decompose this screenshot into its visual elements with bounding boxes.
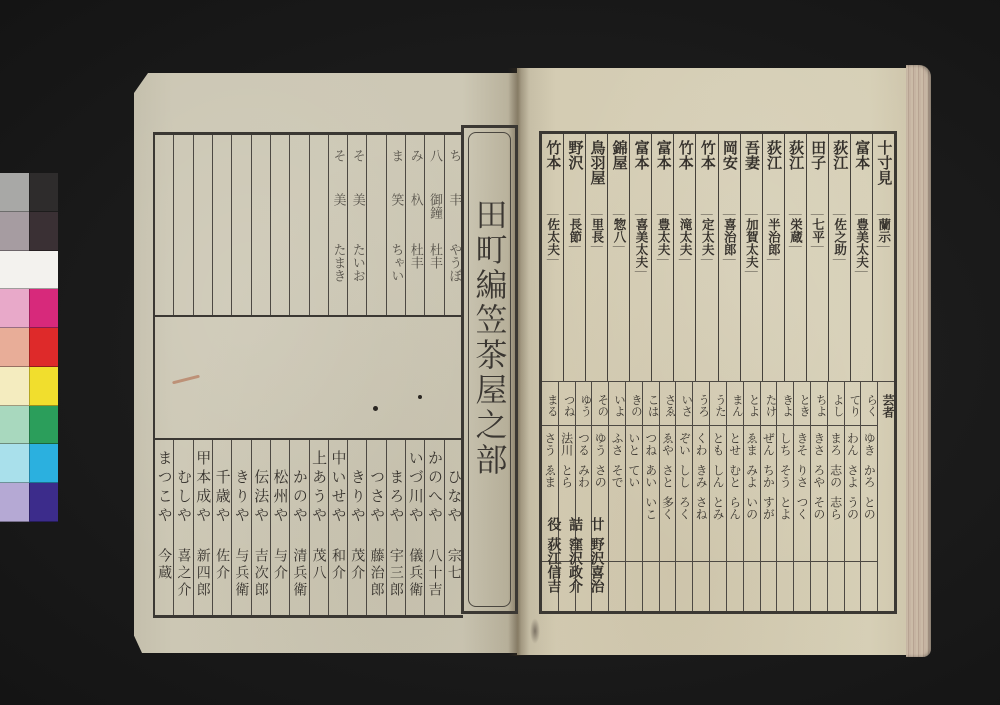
column-tail: たいお — [351, 243, 364, 282]
geisha-header: 芸者 — [878, 382, 894, 426]
musician-entry: 吾妻加賀太夫 — [740, 134, 762, 381]
school-name: 野沢 — [567, 140, 583, 170]
left-upper-register: ち丰やうぼ 八御鐘杜丰 み杁杜丰 ま笑ちゃい そ美たいお そ美たまき — [155, 135, 463, 317]
school-name: 竹本 — [677, 140, 693, 170]
column-head: 八 — [428, 149, 441, 162]
teahouse-name: ひなや — [446, 446, 461, 526]
empty-cell — [811, 562, 827, 611]
teahouse-entry: 千歳や佐介 — [212, 440, 231, 615]
footer-note: 詰窪沢政介 — [566, 517, 585, 609]
geisha-column: らくゆきかろとの — [860, 382, 877, 611]
swatch-indigo — [29, 483, 59, 522]
geisha-names: まろ志の志ら — [828, 426, 844, 562]
geisha-name: ぜん — [762, 432, 774, 456]
teahouse-name: いづ川や — [408, 446, 423, 526]
upper-column: 八御鐘杜丰 — [424, 135, 443, 315]
musician-entry: 荻江佐之助 — [828, 134, 850, 381]
performer-name: 栄蔵 — [789, 214, 802, 247]
geisha-column-head: つね — [559, 382, 575, 426]
geisha-names: ゆきかろとの — [861, 426, 877, 562]
proprietor-name: 与兵衛 — [234, 548, 248, 599]
geisha-name: むと — [729, 464, 741, 488]
empty-cell — [861, 562, 877, 611]
empty-cell — [609, 562, 625, 611]
geisha-column-head: その — [592, 382, 608, 426]
geisha-name: すが — [762, 496, 774, 520]
school-name: 荻江 — [831, 140, 847, 170]
geisha-column-head: まる — [542, 382, 558, 426]
teahouse-entry: かのや清兵衛 — [289, 440, 308, 615]
geisha-name: さよ — [846, 464, 858, 488]
geisha-name: ちか — [762, 464, 774, 488]
geisha-name: みよ — [746, 464, 758, 488]
swatch-cream — [0, 367, 29, 406]
swatch-dark-gray — [29, 173, 59, 212]
school-name: 十寸見 — [876, 140, 892, 185]
ink-stain — [530, 618, 540, 644]
column-mid: 美 — [331, 193, 344, 206]
empty-cell — [727, 562, 743, 611]
upper-column: ま笑ちゃい — [386, 135, 405, 315]
geisha-names: つねあいいこ — [643, 426, 659, 562]
musician-entry: 富本豊太夫 — [651, 134, 673, 381]
geisha-name: かろ — [863, 464, 875, 488]
swatch-lavender — [0, 483, 29, 522]
school-name: 荻江 — [787, 140, 803, 170]
geisha-name: さの — [594, 464, 606, 488]
geisha-names: ゑまみよいの — [744, 426, 760, 562]
chart-row — [0, 289, 58, 328]
school-name: 吾妻 — [743, 140, 759, 170]
chart-row — [0, 251, 58, 290]
geisha-name: ゑま — [746, 432, 758, 456]
geisha-column: てりわんさようの — [844, 382, 861, 611]
empty-cell — [643, 562, 659, 611]
geisha-name: くわ — [695, 432, 707, 456]
geisha-name: ぞい — [678, 432, 690, 456]
musician-entry: 富本豊美太夫 — [850, 134, 872, 381]
chart-row — [0, 367, 58, 406]
chart-row — [0, 328, 58, 367]
geisha-name: いと — [628, 432, 640, 456]
swatch-light-cyan — [0, 444, 29, 483]
column-mid: 美 — [351, 193, 364, 206]
geisha-name: しし — [678, 464, 690, 488]
musician-entry: 荻江半治郎 — [762, 134, 784, 381]
geisha-names: ゑやさと多く — [660, 426, 676, 562]
proprietor-name: 茂八 — [312, 548, 326, 582]
worm-hole — [373, 406, 378, 411]
teahouse-name: かのへや — [427, 446, 442, 526]
empty-cell — [626, 562, 642, 611]
geisha-column: きのいとてい — [625, 382, 642, 611]
empty-column — [193, 135, 212, 315]
teahouse-name: 伝法や — [253, 446, 268, 526]
geisha-name: つる — [577, 432, 589, 456]
worm-hole — [418, 395, 422, 399]
geisha-column-head: うた — [710, 382, 726, 426]
geisha-name: 多く — [662, 496, 674, 520]
teahouse-name: 上あうや — [311, 446, 326, 526]
geisha-name: そで — [611, 464, 623, 488]
school-name: 富本 — [633, 140, 649, 170]
geisha-name: いの — [746, 496, 758, 520]
geisha-name: しん — [712, 464, 724, 488]
teahouse-name: 千歳や — [215, 446, 230, 526]
geisha-names: ぜんちかすが — [761, 426, 777, 562]
proprietor-name: 宇三郎 — [389, 548, 403, 599]
teahouse-entry: きりや与兵衛 — [231, 440, 250, 615]
geisha-name: いこ — [645, 496, 657, 520]
column-tail: ちゃい — [389, 243, 402, 282]
empty-column — [289, 135, 308, 315]
geisha-column: うたともしんとみ — [709, 382, 726, 611]
geisha-name: そう — [779, 464, 791, 488]
geisha-column-head: てり — [845, 382, 861, 426]
teahouse-name: 松州や — [273, 446, 288, 526]
geisha-name: りさ — [796, 464, 808, 488]
register-footer-notes: 廿野沢喜治 詰窪沢政介 役荻江信吉 — [544, 517, 606, 609]
geisha-column: とよゑまみよいの — [743, 382, 760, 611]
swatch-red — [29, 328, 59, 367]
geisha-name: まろ — [830, 432, 842, 456]
column-head: ま — [389, 149, 402, 162]
teahouse-entry: 甲本成や新四郎 — [193, 440, 212, 615]
proprietor-name: 藤治郎 — [370, 548, 384, 599]
geisha-column-head: うろ — [693, 382, 709, 426]
school-name: 富本 — [854, 140, 870, 170]
teahouse-entry: つさや藤治郎 — [366, 440, 385, 615]
swatch-cyan — [29, 444, 59, 483]
geisha-names: しちそうとよ — [777, 426, 793, 562]
empty-cell — [660, 562, 676, 611]
swatch-mint — [0, 406, 29, 445]
column-mid: 杁 — [409, 193, 422, 206]
geisha-name: ふさ — [611, 432, 623, 456]
teahouse-entry: むしや喜之介 — [173, 440, 192, 615]
chart-row — [0, 406, 58, 445]
performer-name: 滝太夫 — [679, 214, 692, 260]
section-title: 田町編笠茶屋之部 — [474, 198, 506, 478]
performer-name: 佐之助 — [833, 214, 846, 260]
proprietor-name: 与介 — [273, 548, 287, 582]
teahouse-entry: きりや茂介 — [347, 440, 366, 615]
upper-column: そ美たいお — [347, 135, 366, 315]
empty-cell — [744, 562, 760, 611]
column-tail: 杜丰 — [409, 243, 422, 269]
geisha-name: 志ら — [830, 496, 842, 520]
performer-name: 豊太夫 — [657, 214, 670, 260]
swatch-salmon — [0, 328, 29, 367]
empty-column — [309, 135, 328, 315]
swatch-green — [29, 406, 59, 445]
geisha-name: らん — [729, 496, 741, 520]
geisha-column-head: さゑ — [660, 382, 676, 426]
column-tail: たまき — [331, 243, 344, 282]
empty-cell — [693, 562, 709, 611]
column-mid: 丰 — [447, 193, 460, 206]
geisha-column: ちよきさろやその — [810, 382, 827, 611]
footer-note: 廿野沢喜治 — [587, 517, 606, 609]
swatch-light-gray — [0, 173, 29, 212]
geisha-name: ろく — [678, 496, 690, 520]
teahouse-name: きりや — [350, 446, 365, 526]
geisha-name: とせ — [729, 432, 741, 456]
performer-name: 豊美太夫 — [855, 214, 868, 272]
geisha-name: とも — [712, 432, 724, 456]
geisha-names: とせむとらん — [727, 426, 743, 562]
column-mid: 笑 — [389, 193, 402, 206]
geisha-name: きさ — [813, 432, 825, 456]
geisha-name: てい — [628, 464, 640, 488]
school-name: 岡安 — [721, 140, 737, 170]
geisha-column-head: とよ — [744, 382, 760, 426]
proprietor-name: 儀兵衛 — [408, 548, 422, 599]
swatch-light-pink — [0, 289, 29, 328]
empty-column — [173, 135, 192, 315]
empty-cell — [761, 562, 777, 611]
chart-row — [0, 444, 58, 483]
right-page-frame: 十寸見蘭示 富本豊美太夫 荻江佐之助 田子七平 荻江栄蔵 荻江半治郎 吾妻加賀太… — [539, 131, 897, 614]
school-name: 田子 — [809, 140, 825, 170]
chart-row — [0, 483, 58, 522]
geisha-name: きそ — [796, 432, 808, 456]
geisha-names: わんさようの — [845, 426, 861, 562]
geisha-name: ゑや — [662, 432, 674, 456]
geisha-name: きみ — [695, 464, 707, 488]
teahouse-name: まろや — [388, 446, 403, 526]
performer-name: 喜治郎 — [723, 214, 736, 260]
school-name: 錦屋 — [611, 140, 627, 170]
geisha-name: 法川 — [561, 432, 573, 456]
geisha-names: いとてい — [626, 426, 642, 562]
empty-cell — [845, 562, 861, 611]
teahouse-entry: 伝法や吉次郎 — [251, 440, 270, 615]
geisha-name: とら — [561, 464, 573, 488]
musician-entry: 錦屋惣八 — [607, 134, 629, 381]
performer-name: 定太夫 — [701, 214, 714, 260]
musician-entry: 荻江栄蔵 — [784, 134, 806, 381]
geisha-column: いさぞいししろく — [675, 382, 692, 611]
proprietor-name: 喜之介 — [176, 548, 190, 599]
geisha-header-column: 芸者 — [877, 382, 894, 611]
geisha-column: たけぜんちかすが — [760, 382, 777, 611]
swatch-yellow — [29, 367, 59, 406]
geisha-name: その — [813, 496, 825, 520]
empty-column — [212, 135, 231, 315]
column-head: そ — [331, 149, 344, 162]
geisha-column-head: いさ — [676, 382, 692, 426]
proprietor-name: 今蔵 — [157, 548, 171, 582]
geisha-name: さね — [695, 496, 707, 520]
chart-row — [0, 212, 58, 251]
upper-column: み杁杜丰 — [405, 135, 424, 315]
geisha-column-head: こは — [643, 382, 659, 426]
teahouse-entry: 松州や与介 — [270, 440, 289, 615]
geisha-name: さと — [662, 464, 674, 488]
teahouse-entry: かのへや八十吉 — [424, 440, 443, 615]
musician-entry: 竹本定太夫 — [695, 134, 717, 381]
proprietor-name: 吉次郎 — [254, 548, 268, 599]
geisha-names: ふさそで — [609, 426, 625, 562]
teahouse-name: きりや — [234, 446, 249, 526]
geisha-name: ろや — [813, 464, 825, 488]
geisha-name: あい — [645, 464, 657, 488]
geisha-name: ゆう — [594, 432, 606, 456]
column-mid: 御鐘 — [428, 193, 441, 219]
geisha-column-head: たけ — [761, 382, 777, 426]
proprietor-name: 佐介 — [215, 548, 229, 582]
empty-cell — [676, 562, 692, 611]
geisha-column-head: いよ — [609, 382, 625, 426]
empty-cell — [777, 562, 793, 611]
chart-row — [0, 173, 58, 212]
geisha-column-head: ちよ — [811, 382, 827, 426]
musician-entry: 野沢長節 — [563, 134, 585, 381]
column-head: そ — [351, 149, 364, 162]
title-cartouche: 田町編笠茶屋之部 — [461, 125, 518, 614]
school-name: 竹本 — [545, 140, 561, 170]
geisha-column: こはつねあいいこ — [642, 382, 659, 611]
musicians-register: 十寸見蘭示 富本豊美太夫 荻江佐之助 田子七平 荻江栄蔵 荻江半治郎 吾妻加賀太… — [542, 134, 894, 381]
teahouse-register: ひなや宗七 かのへや八十吉 いづ川や儀兵衛 まろや宇三郎 つさや藤治郎 きりや茂… — [155, 438, 463, 615]
column-tail: 杜丰 — [428, 243, 441, 269]
geisha-names: きさろやその — [811, 426, 827, 562]
swatch-white — [0, 251, 29, 290]
proprietor-name: 新四郎 — [196, 548, 210, 599]
geisha-column-head: ゆう — [576, 382, 592, 426]
geisha-name: さう — [544, 432, 556, 456]
teahouse-entry: いづ川や儀兵衛 — [405, 440, 424, 615]
performer-name: 七平 — [811, 214, 824, 247]
performer-name: 惣八 — [612, 214, 625, 247]
performer-name: 加賀太夫 — [745, 214, 758, 272]
geisha-column-head: きよ — [777, 382, 793, 426]
teahouse-name: 甲本成や — [195, 446, 210, 526]
empty-column — [231, 135, 250, 315]
empty-cell — [710, 562, 726, 611]
school-name: 荻江 — [765, 140, 781, 170]
geisha-column: きよしちそうとよ — [776, 382, 793, 611]
geisha-column-head: きの — [626, 382, 642, 426]
teahouse-name: 中いせや — [330, 446, 345, 526]
teahouse-name: かのや — [292, 446, 307, 526]
musician-entry: 岡安喜治郎 — [718, 134, 740, 381]
musician-entry: 鳥羽屋里長 — [585, 134, 607, 381]
teahouse-entry: まつこや今蔵 — [155, 440, 173, 615]
geisha-column-head: よし — [828, 382, 844, 426]
geisha-name: みわ — [577, 464, 589, 488]
empty-column — [366, 135, 385, 315]
geisha-name: わん — [846, 432, 858, 456]
proprietor-name: 清兵衛 — [292, 548, 306, 599]
column-head: ち — [447, 149, 460, 162]
empty-column — [155, 135, 173, 315]
musician-entry: 富本喜美太夫 — [629, 134, 651, 381]
footer-note: 役荻江信吉 — [544, 517, 563, 609]
geisha-name: とよ — [779, 496, 791, 520]
teahouse-entry: 上あうや茂八 — [309, 440, 328, 615]
musician-entry: 竹本佐太夫 — [542, 134, 563, 381]
empty-column — [251, 135, 270, 315]
school-name: 富本 — [655, 140, 671, 170]
swatch-white — [29, 251, 58, 290]
performer-name: 里長 — [590, 214, 603, 247]
musician-entry: 竹本滝太夫 — [673, 134, 695, 381]
empty-cell — [794, 562, 810, 611]
teahouse-entry: まろや宇三郎 — [386, 440, 405, 615]
note-name: 荻江信吉 — [547, 537, 561, 593]
geisha-column: まんとせむとらん — [726, 382, 743, 611]
geisha-name: うの — [846, 496, 858, 520]
geisha-name: とみ — [712, 496, 724, 520]
note-role: 役 — [547, 517, 561, 531]
empty-column — [270, 135, 289, 315]
performer-name: 喜美太夫 — [635, 214, 648, 272]
column-head: み — [409, 149, 422, 162]
geisha-names: ぞいししろく — [676, 426, 692, 562]
school-name: 鳥羽屋 — [589, 140, 605, 185]
geisha-column: よしまろ志の志ら — [827, 382, 844, 611]
proprietor-name: 和介 — [331, 548, 345, 582]
proprietor-name: 宗七 — [447, 548, 461, 582]
performer-name: 長節 — [568, 214, 581, 247]
performer-name: 蘭示 — [877, 214, 890, 247]
geisha-name: しち — [779, 432, 791, 456]
upper-column: そ美たまき — [328, 135, 347, 315]
geisha-name: つく — [796, 496, 808, 520]
geisha-column: とききそりさつく — [793, 382, 810, 611]
color-calibration-chart — [0, 173, 58, 522]
school-name: 竹本 — [699, 140, 715, 170]
note-name: 野沢喜治 — [590, 537, 604, 593]
performer-name: 佐太夫 — [546, 214, 559, 260]
geisha-name: つね — [645, 432, 657, 456]
musician-entry: 十寸見蘭示 — [872, 134, 894, 381]
teahouse-name: むしや — [176, 446, 191, 526]
teahouse-name: つさや — [369, 446, 384, 526]
page-stack-edge — [906, 65, 931, 657]
geisha-names: くわきみさね — [693, 426, 709, 562]
note-role: 廿 — [590, 517, 604, 531]
column-tail: やうぼ — [447, 243, 460, 282]
geisha-names: ともしんとみ — [710, 426, 726, 562]
geisha-names: きそりさつく — [794, 426, 810, 562]
note-name: 窪沢政介 — [568, 537, 582, 593]
geisha-column-head: まん — [727, 382, 743, 426]
teahouse-name: まつこや — [157, 446, 172, 526]
geisha-column: うろくわきみさね — [692, 382, 709, 611]
geisha-column-head: らく — [861, 382, 877, 426]
swatch-dark-mauve — [29, 212, 59, 251]
proprietor-name: 茂介 — [350, 548, 364, 582]
teahouse-entry: 中いせや和介 — [328, 440, 347, 615]
geisha-column-head: とき — [794, 382, 810, 426]
performer-name: 半治郎 — [767, 214, 780, 260]
geisha-name: ゆき — [863, 432, 875, 456]
musician-entry: 田子七平 — [806, 134, 828, 381]
empty-cell — [828, 562, 844, 611]
geisha-name: との — [863, 496, 875, 520]
proprietor-name: 八十吉 — [428, 548, 442, 599]
note-role: 詰 — [568, 517, 582, 531]
geisha-name: 志の — [830, 464, 842, 488]
geisha-name: ゑま — [544, 464, 556, 488]
geisha-column: いよふさそで — [608, 382, 625, 611]
geisha-column: さゑゑやさと多く — [659, 382, 676, 611]
swatch-magenta — [29, 289, 59, 328]
swatch-mauve-gray — [0, 212, 29, 251]
